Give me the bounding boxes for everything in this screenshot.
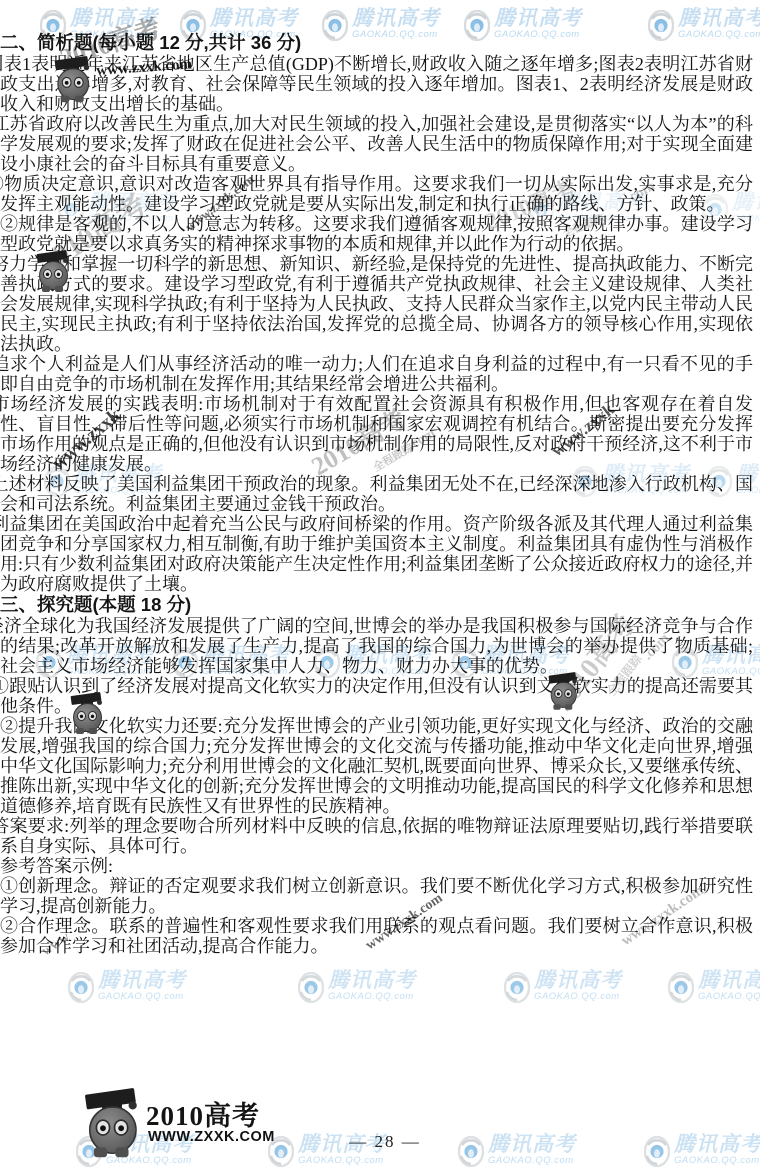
reference-answer-label: 参考答案示例: [0,856,753,876]
section-heading-3: 三、探究题(本题 18 分) [0,594,753,616]
tencent-gaokao-watermark: 腾讯高考GAOKAO.QQ.com [68,970,186,1003]
tencent-egg-icon [458,1136,484,1167]
section-heading-2: 二、简析题(每小题 12 分,共计 36 分) [0,32,753,54]
answer-paragraph-37-2b: ②提升我国文化软实力还要:充分发挥世博会的产业引领功能,更好实现文化与经济、政治… [0,716,753,816]
answer-paragraph-36A-1: 36. A (1)追求个人利益是人们从事经济活动的唯一动力;人们在追求自身利益的… [0,354,753,394]
tencent-egg-icon [668,972,694,1003]
zxxk-logo-title: 2010高考 [146,1094,260,1133]
tencent-watermark-url: GAOKAO.QQ.com [106,1156,194,1166]
tencent-egg-icon [644,1136,670,1167]
reference-answer-1: ①创新理念。辩证的否定观要求我们树立创新意识。我们要不断优化学习方式,积极参加研… [0,876,753,916]
answer-paragraph-35-1b: ②规律是客观的,不以人的意志为转移。这要求我们遵循客观规律,按照客观规律办事。建… [0,214,753,254]
tencent-watermark-text: 腾讯高考 [534,970,622,991]
tencent-watermark-text: 腾讯高考 [352,8,440,29]
tencent-watermark-url: GAOKAO.QQ.com [534,992,622,1002]
tencent-watermark-url: GAOKAO.QQ.com [488,1156,576,1166]
graduate-owl-mascot-icon [84,1088,140,1157]
answer-paragraph-35-2: (2)努力学习和掌握一切科学的新思想、新知识、新经验,是保持党的先进性、提高执政… [0,254,753,354]
tencent-watermark-url: GAOKAO.QQ.com [698,992,760,1002]
answer-text-block: 二、简析题(每小题 12 分,共计 36 分) 34.(1)图表1表明近年来江苏… [0,32,753,956]
tencent-egg-icon [76,1136,102,1167]
tencent-egg-icon [504,972,530,1003]
answer-paragraph-37-3: (3)答案要求:列举的理念要吻合所列材料中反映的信息,依据的唯物辩证法原理要贴切… [0,816,753,856]
zxxk-logo-url: WWW.ZXXK.COM [148,1129,275,1145]
tencent-egg-icon [298,972,324,1003]
answer-paragraph-37-2a: (2)①跟贴认识到了经济发展对提高文化软实力的决定作用,但没有认识到文化软实力的… [0,676,753,716]
tencent-gaokao-watermark: 腾讯高考GAOKAO.QQ.com [458,1134,576,1167]
tencent-watermark-text: 腾讯高考 [98,970,186,991]
tencent-watermark-text: 腾讯高考 [494,8,582,29]
tencent-watermark-text: 腾讯高考 [70,8,158,29]
answer-paragraph-34-2: (2)江苏省政府以改善民生为重点,加大对民生领域的投入,加强社会建设,是贯彻落实… [0,114,753,174]
answer-paragraph-36B-1: B (1)上述材料反映了美国利益集团干预政治的现象。利益集团无处不在,已经深深地… [0,474,753,514]
tencent-gaokao-watermark: 腾讯高考GAOKAO.QQ.com [504,970,622,1003]
tencent-watermark-text: 腾讯高考 [678,8,760,29]
reference-answer-2: ②合作理念。联系的普遍性和客观性要求我们用联系的观点看问题。我们要树立合作意识,… [0,916,753,956]
tencent-watermark-text: 腾讯高考 [488,1134,576,1155]
tencent-watermark-url: GAOKAO.QQ.com [98,992,186,1002]
tencent-watermark-text: 腾讯高考 [698,970,760,991]
tencent-watermark-text: 腾讯高考 [328,970,416,991]
scanned-exam-answer-page: { "paragraphs": [ {"cls":"sec","text":"二… [0,0,760,1176]
answer-paragraph-35-1a: 35.(1)①物质决定意识,意识对改造客观世界具有指导作用。这要求我们一切从实际… [0,174,753,214]
page-number: — 28 — [330,1132,440,1152]
tencent-watermark-url: GAOKAO.QQ.com [328,992,416,1002]
tencent-gaokao-watermark: 腾讯高考GAOKAO.QQ.com [298,970,416,1003]
tencent-watermark-text: 腾讯高考 [210,8,298,29]
tencent-gaokao-watermark: 腾讯高考GAOKAO.QQ.com [668,970,760,1003]
tencent-gaokao-watermark: 腾讯高考GAOKAO.QQ.com [644,1134,760,1167]
tencent-egg-icon [68,972,94,1003]
answer-paragraph-36B-2: (2)利益集团在美国政治中起着充当公民与政府间桥梁的作用。资产阶级各派及其代理人… [0,514,753,594]
tencent-watermark-text: 腾讯高考 [674,1134,760,1155]
tencent-watermark-url: GAOKAO.QQ.com [298,1156,386,1166]
answer-paragraph-36A-2: (2)市场经济发展的实践表明:市场机制对于有效配置社会资源具有积极作用,但也客观… [0,394,753,474]
tencent-watermark-url: GAOKAO.QQ.com [674,1156,760,1166]
answer-paragraph-37-1: 37.(1)经济全球化为我国经济发展提供了广阔的空间,世博会的举办是我国积极参与… [0,616,753,676]
answer-paragraph-34-1: 34.(1)图表1表明近年来江苏省地区生产总值(GDP)不断增长,财政收入随之逐… [0,54,753,114]
